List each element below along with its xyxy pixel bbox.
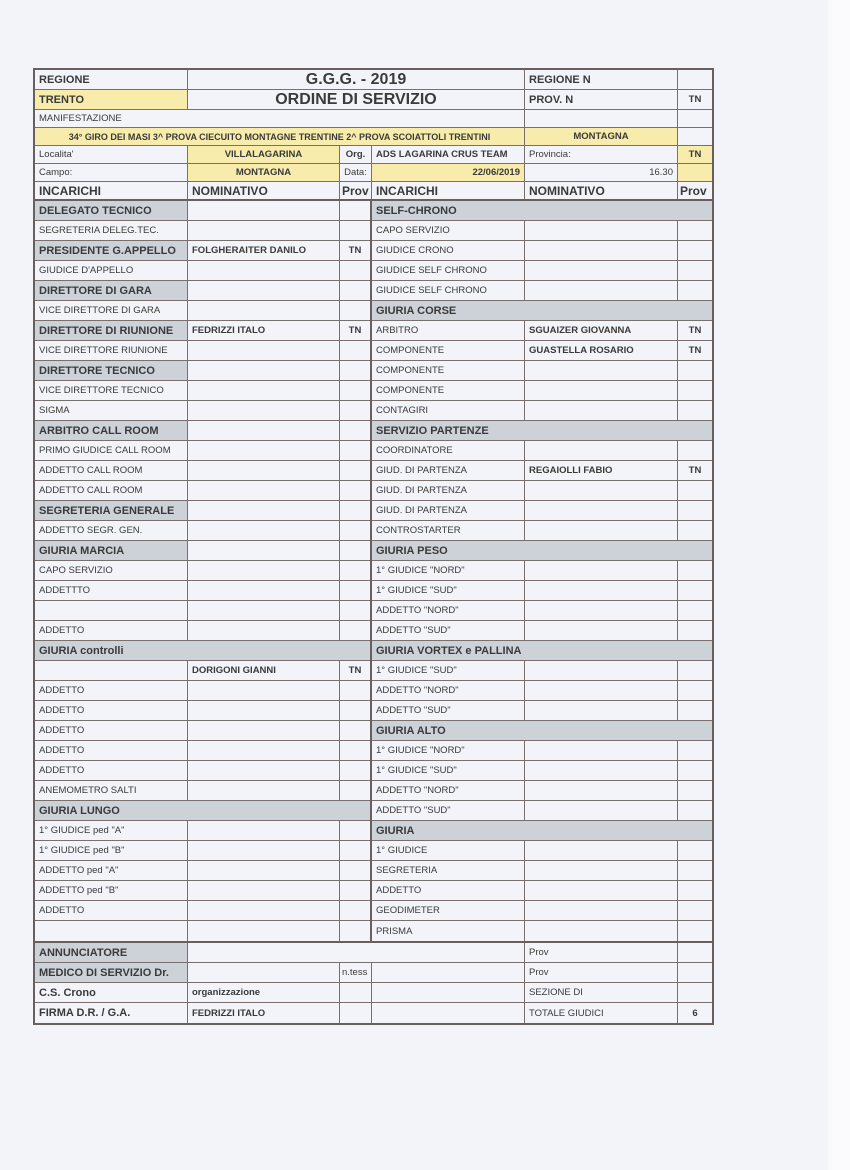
nominativo-cell[interactable]: SGUAIZER GIOVANNA bbox=[525, 321, 678, 340]
table-row: GIUD. DI PARTENZA bbox=[372, 481, 712, 501]
prov-cell[interactable] bbox=[340, 721, 370, 740]
cs-crono-label: C.S. Crono bbox=[35, 983, 188, 1002]
prov-cell[interactable] bbox=[678, 901, 712, 920]
nominativo-cell[interactable] bbox=[188, 781, 340, 800]
nominativo-cell[interactable] bbox=[188, 421, 340, 440]
prov-cell[interactable]: TN bbox=[340, 241, 370, 260]
role-label: GIUDICE SELF CHRONO bbox=[372, 261, 525, 280]
role-label: 1° GIUDICE ped "A" bbox=[35, 821, 188, 840]
nominativo-cell[interactable] bbox=[525, 281, 678, 300]
table-row: COMPONENTE bbox=[372, 381, 712, 401]
prov-cell[interactable] bbox=[678, 441, 712, 460]
nominativo-cell[interactable] bbox=[188, 681, 340, 700]
nominativo-cell[interactable] bbox=[188, 261, 340, 280]
table-row: VICE DIRETTORE TECNICO bbox=[35, 381, 370, 401]
nominativo-cell[interactable] bbox=[188, 601, 340, 620]
prov-cell[interactable] bbox=[678, 741, 712, 760]
nominativo-cell[interactable] bbox=[525, 921, 678, 941]
prov-cell[interactable] bbox=[340, 381, 370, 400]
prov-cell[interactable] bbox=[340, 361, 370, 380]
table-row: GEODIMETER bbox=[372, 901, 712, 921]
totale-giudici-value[interactable]: 6 bbox=[678, 1003, 712, 1023]
prov-cell[interactable] bbox=[678, 221, 712, 240]
event-title: G.G.G. - 2019 bbox=[188, 70, 525, 89]
localita-label: Localita' bbox=[35, 146, 188, 163]
role-label: CAPO SERVIZIO bbox=[35, 561, 188, 580]
section-header-row: DELEGATO TECNICO bbox=[35, 201, 370, 221]
section-header-row: SEGRETERIA GENERALE bbox=[35, 501, 370, 521]
section-label: SELF-CHRONO bbox=[372, 201, 712, 220]
table-row: ADDETTO "NORD" bbox=[372, 781, 712, 801]
section-header-row: ARBITRO CALL ROOM bbox=[35, 421, 370, 441]
table-row: CAPO SERVIZIO bbox=[35, 561, 370, 581]
prov-cell[interactable] bbox=[340, 261, 370, 280]
prov-cell[interactable] bbox=[678, 501, 712, 520]
nominativo-cell[interactable] bbox=[188, 301, 340, 320]
nominativo-cell[interactable] bbox=[188, 761, 340, 780]
table-row: 1° GIUDICE "SUD" bbox=[372, 661, 712, 681]
nominativo-cell[interactable] bbox=[188, 901, 340, 920]
prov-cell[interactable] bbox=[340, 701, 370, 720]
section-header-row: DIRETTORE DI GARA bbox=[35, 281, 370, 301]
firma-row: FIRMA D.R. / G.A. FEDRIZZI ITALO TOTALE … bbox=[35, 1003, 712, 1023]
prov-cell[interactable]: TN bbox=[678, 321, 712, 340]
role-label: 1° GIUDICE "NORD" bbox=[372, 741, 525, 760]
nominativo-cell[interactable] bbox=[188, 481, 340, 500]
nominativo-cell[interactable] bbox=[525, 901, 678, 920]
section-header-row: GIURIA MARCIA bbox=[35, 541, 370, 561]
table-row: ADDETTO bbox=[35, 621, 370, 641]
nominativo-cell[interactable] bbox=[525, 801, 678, 820]
col-nominativo-left: NOMINATIVO bbox=[188, 182, 340, 199]
role-label: ADDETTO bbox=[35, 721, 188, 740]
table-row: 1° GIUDICE "NORD" bbox=[372, 561, 712, 581]
section-label: DIRETTORE DI RIUNIONE bbox=[35, 321, 188, 340]
prov-cell[interactable] bbox=[678, 381, 712, 400]
role-label: ADDETTO "NORD" bbox=[372, 601, 525, 620]
cs-crono-value[interactable]: organizzazione bbox=[188, 983, 340, 1002]
nominativo-cell[interactable]: DORIGONI GIANNI bbox=[188, 661, 340, 680]
prov-cell[interactable] bbox=[678, 601, 712, 620]
table-row: ADDETTO bbox=[35, 741, 370, 761]
table-row: VICE DIRETTORE DI GARA bbox=[35, 301, 370, 321]
role-label: ADDETTO bbox=[35, 621, 188, 640]
nominativo-cell[interactable] bbox=[525, 381, 678, 400]
nominativo-cell[interactable] bbox=[525, 601, 678, 620]
table-row: ADDETTO "NORD" bbox=[372, 681, 712, 701]
prov-cell[interactable] bbox=[678, 521, 712, 540]
nominativo-cell[interactable] bbox=[525, 501, 678, 520]
prov-cell[interactable] bbox=[340, 781, 370, 800]
table-row: ANEMOMETRO SALTI bbox=[35, 781, 370, 801]
role-label: ARBITRO bbox=[372, 321, 525, 340]
role-label: SIGMA bbox=[35, 401, 188, 420]
col-incarichi-left: INCARICHI bbox=[35, 182, 188, 199]
role-label: ADDETTO bbox=[35, 741, 188, 760]
table-row: 1° GIUDICE ped "B" bbox=[35, 841, 370, 861]
service-order-form: REGIONE G.G.G. - 2019 REGIONE N TRENTO O… bbox=[33, 68, 714, 1025]
prov-cell[interactable] bbox=[678, 621, 712, 640]
role-label bbox=[35, 661, 188, 680]
nominativo-cell[interactable] bbox=[188, 881, 340, 900]
nominativo-cell[interactable] bbox=[188, 341, 340, 360]
localita-value[interactable]: VILLALAGARINA bbox=[188, 146, 340, 163]
prov-cell[interactable] bbox=[340, 901, 370, 920]
role-label: CONTROSTARTER bbox=[372, 521, 525, 540]
section-header-row: GIURIA bbox=[372, 821, 712, 841]
nominativo-cell[interactable] bbox=[525, 661, 678, 680]
prov-cell[interactable] bbox=[340, 481, 370, 500]
prov-cell[interactable] bbox=[340, 581, 370, 600]
col-nominativo-right: NOMINATIVO bbox=[525, 182, 678, 199]
role-label: ADDETTO ped "A" bbox=[35, 861, 188, 880]
data-label: Data: bbox=[340, 164, 372, 181]
table-row: CAPO SERVIZIO bbox=[372, 221, 712, 241]
regione-n-label: REGIONE N bbox=[525, 70, 678, 89]
medico-row: MEDICO DI SERVIZIO Dr. n.tess Prov bbox=[35, 963, 712, 983]
role-label: ADDETTO bbox=[35, 761, 188, 780]
section-header-row: GIURIA VORTEX e PALLINA bbox=[372, 641, 712, 661]
prov-cell[interactable] bbox=[678, 841, 712, 860]
nominativo-cell[interactable] bbox=[188, 821, 340, 840]
table-row: 1° GIUDICE bbox=[372, 841, 712, 861]
table-row: ADDETTO ped "B" bbox=[35, 881, 370, 901]
nominativo-cell[interactable] bbox=[525, 561, 678, 580]
table-row: GIUDICE CRONO bbox=[372, 241, 712, 261]
totale-giudici-label: TOTALE GIUDICI bbox=[525, 1003, 678, 1023]
nominativo-cell[interactable] bbox=[525, 481, 678, 500]
firma-value[interactable]: FEDRIZZI ITALO bbox=[188, 1003, 340, 1023]
nominativo-cell[interactable] bbox=[188, 621, 340, 640]
role-label: GEODIMETER bbox=[372, 901, 525, 920]
nominativo-cell[interactable] bbox=[188, 521, 340, 540]
table-row: GIUD. DI PARTENZAREGAIOLLI FABIOTN bbox=[372, 461, 712, 481]
provincia-value[interactable]: TN bbox=[678, 146, 712, 163]
section-header-row: GIURIA LUNGO bbox=[35, 801, 370, 821]
table-row: COMPONENTE bbox=[372, 361, 712, 381]
prov-cell[interactable] bbox=[340, 501, 370, 520]
campo-row: Campo: MONTAGNA Data: 22/06/2019 16.30 bbox=[35, 164, 712, 182]
role-label: ADDETTO "SUD" bbox=[372, 801, 525, 820]
prov-cell[interactable] bbox=[678, 781, 712, 800]
nominativo-cell[interactable] bbox=[525, 701, 678, 720]
table-row: ARBITROSGUAIZER GIOVANNATN bbox=[372, 321, 712, 341]
nominativo-cell[interactable] bbox=[525, 841, 678, 860]
prov-cell[interactable] bbox=[678, 681, 712, 700]
regione-n-value[interactable] bbox=[678, 70, 712, 89]
prov-cell[interactable] bbox=[340, 601, 370, 620]
section-label: GIURIA ALTO bbox=[372, 721, 712, 740]
page-edge bbox=[828, 0, 850, 1170]
nominativo-cell[interactable] bbox=[188, 581, 340, 600]
role-label: ADDETTO "NORD" bbox=[372, 681, 525, 700]
nominativo-cell[interactable] bbox=[188, 501, 340, 520]
nominativo-cell[interactable]: FEDRIZZI ITALO bbox=[188, 321, 340, 340]
org-label: Org. bbox=[340, 146, 372, 163]
header-row-2: TRENTO ORDINE DI SERVIZIO PROV. N TN bbox=[35, 90, 712, 110]
nominativo-cell[interactable] bbox=[525, 441, 678, 460]
section-label: ARBITRO CALL ROOM bbox=[35, 421, 188, 440]
prov-cell[interactable] bbox=[678, 281, 712, 300]
role-label: COMPONENTE bbox=[372, 361, 525, 380]
role-label: GIUD. DI PARTENZA bbox=[372, 481, 525, 500]
date-value[interactable]: 22/06/2019 bbox=[372, 164, 525, 181]
prov-cell[interactable] bbox=[678, 701, 712, 720]
nominativo-cell[interactable] bbox=[525, 861, 678, 880]
nominativo-cell[interactable] bbox=[525, 221, 678, 240]
table-row: DORIGONI GIANNITN bbox=[35, 661, 370, 681]
manifestazione-row: 34° GIRO DEI MASI 3^ PROVA CIECUITO MONT… bbox=[35, 128, 712, 146]
prov-cell[interactable]: TN bbox=[678, 461, 712, 480]
prov-cell[interactable] bbox=[678, 481, 712, 500]
prov-cell[interactable] bbox=[340, 541, 370, 560]
prov-cell[interactable] bbox=[340, 341, 370, 360]
role-label: SEGRETERIA DELEG.TEC. bbox=[35, 221, 188, 240]
table-row: COMPONENTEGUASTELLA ROSARIOTN bbox=[372, 341, 712, 361]
role-label: CAPO SERVIZIO bbox=[372, 221, 525, 240]
role-label: COMPONENTE bbox=[372, 341, 525, 360]
role-label: 1° GIUDICE bbox=[372, 841, 525, 860]
nominativo-cell[interactable] bbox=[525, 581, 678, 600]
prov-cell[interactable] bbox=[340, 521, 370, 540]
table-row: ADDETTTO bbox=[35, 581, 370, 601]
cs-crono-row: C.S. Crono organizzazione SEZIONE DI bbox=[35, 983, 712, 1003]
role-label bbox=[35, 921, 188, 941]
nominativo-cell[interactable] bbox=[525, 401, 678, 420]
nominativo-cell[interactable] bbox=[525, 781, 678, 800]
table-row bbox=[35, 921, 370, 941]
table-row: 1° GIUDICE ped "A" bbox=[35, 821, 370, 841]
nominativo-cell[interactable] bbox=[188, 741, 340, 760]
table-row: CONTAGIRI bbox=[372, 401, 712, 421]
section-label: GIURIA MARCIA bbox=[35, 541, 188, 560]
prov-cell[interactable] bbox=[678, 561, 712, 580]
table-row: ADDETTO ped "A" bbox=[35, 861, 370, 881]
regione-value[interactable]: TRENTO bbox=[35, 90, 188, 109]
footer: ANNUNCIATORE Prov MEDICO DI SERVIZIO Dr.… bbox=[35, 941, 712, 1023]
prov-cell[interactable] bbox=[340, 221, 370, 240]
medico-label: MEDICO DI SERVIZIO Dr. bbox=[35, 963, 188, 982]
role-label: 1° GIUDICE "SUD" bbox=[372, 661, 525, 680]
firma-label: FIRMA D.R. / G.A. bbox=[35, 1003, 188, 1023]
role-label: VICE DIRETTORE DI GARA bbox=[35, 301, 188, 320]
sezione-di-label: SEZIONE DI bbox=[525, 983, 678, 1002]
prov-cell[interactable] bbox=[340, 301, 370, 320]
prov-cell[interactable] bbox=[678, 581, 712, 600]
table-row: GIUD. DI PARTENZA bbox=[372, 501, 712, 521]
table-row bbox=[35, 601, 370, 621]
annunciatore-row: ANNUNCIATORE Prov bbox=[35, 943, 712, 963]
nominativo-cell[interactable] bbox=[188, 361, 340, 380]
prov-cell[interactable]: TN bbox=[340, 321, 370, 340]
nominativo-cell[interactable] bbox=[525, 361, 678, 380]
role-label: ADDETTO bbox=[35, 701, 188, 720]
prov-cell[interactable] bbox=[340, 741, 370, 760]
table-row: ADDETTO bbox=[35, 721, 370, 741]
prov-cell[interactable] bbox=[678, 241, 712, 260]
prov-n-value[interactable]: TN bbox=[678, 90, 712, 109]
medico-value[interactable] bbox=[188, 963, 340, 982]
nominativo-cell[interactable] bbox=[188, 381, 340, 400]
col-incarichi-right: INCARICHI bbox=[372, 182, 525, 199]
nominativo-cell[interactable]: REGAIOLLI FABIO bbox=[525, 461, 678, 480]
prov-cell[interactable] bbox=[340, 861, 370, 880]
section-header-row: GIURIA ALTO bbox=[372, 721, 712, 741]
assignments-body: DELEGATO TECNICOSEGRETERIA DELEG.TEC.PRE… bbox=[35, 201, 712, 941]
prov-cell[interactable] bbox=[340, 681, 370, 700]
localita-row: Localita' VILLALAGARINA Org. ADS LAGARIN… bbox=[35, 146, 712, 164]
nominativo-cell[interactable] bbox=[188, 441, 340, 460]
left-assignments: DELEGATO TECNICOSEGRETERIA DELEG.TEC.PRE… bbox=[35, 201, 372, 941]
col-prov-left: Prov bbox=[340, 182, 372, 199]
role-label bbox=[35, 601, 188, 620]
nominativo-cell[interactable] bbox=[525, 681, 678, 700]
prov-cell[interactable] bbox=[340, 401, 370, 420]
table-row: ADDETTO bbox=[35, 701, 370, 721]
section-label: GIURIA LUNGO bbox=[35, 801, 370, 820]
nominativo-cell[interactable] bbox=[188, 201, 340, 220]
prov-cell[interactable] bbox=[340, 761, 370, 780]
table-row: PRIMO GIUDICE CALL ROOM bbox=[35, 441, 370, 461]
annunciatore-value[interactable] bbox=[188, 943, 525, 962]
prov-cell[interactable] bbox=[678, 881, 712, 900]
table-row: SIGMA bbox=[35, 401, 370, 421]
prov-cell[interactable]: TN bbox=[678, 341, 712, 360]
role-label: ADDETTO "NORD" bbox=[372, 781, 525, 800]
role-label: GIUDICE D'APPELLO bbox=[35, 261, 188, 280]
column-header-row: INCARICHI NOMINATIVO Prov INCARICHI NOMI… bbox=[35, 182, 712, 201]
nominativo-cell[interactable] bbox=[525, 761, 678, 780]
col-prov-right: Prov bbox=[678, 182, 712, 199]
prov-cell[interactable] bbox=[678, 661, 712, 680]
table-row: SEGRETERIA bbox=[372, 861, 712, 881]
manifestazione-type[interactable]: MONTAGNA bbox=[525, 128, 678, 145]
prov-cell[interactable] bbox=[340, 281, 370, 300]
prov-cell[interactable] bbox=[340, 621, 370, 640]
role-label: VICE DIRETTORE TECNICO bbox=[35, 381, 188, 400]
prov-cell[interactable] bbox=[340, 421, 370, 440]
prov-cell[interactable] bbox=[678, 921, 712, 941]
section-label: SERVIZIO PARTENZE bbox=[372, 421, 712, 440]
nominativo-cell[interactable] bbox=[525, 521, 678, 540]
role-label: GIUD. DI PARTENZA bbox=[372, 501, 525, 520]
nominativo-cell[interactable] bbox=[188, 281, 340, 300]
nominativo-cell[interactable] bbox=[525, 241, 678, 260]
nominativo-cell[interactable] bbox=[188, 841, 340, 860]
campo-value[interactable]: MONTAGNA bbox=[188, 164, 340, 181]
nominativo-cell[interactable] bbox=[525, 881, 678, 900]
section-label: GIURIA PESO bbox=[372, 541, 712, 560]
manifestazione-label: MANIFESTAZIONE bbox=[35, 110, 525, 127]
prov-cell[interactable] bbox=[340, 461, 370, 480]
section-header-row: DIRETTORE TECNICO bbox=[35, 361, 370, 381]
table-row: 1° GIUDICE "SUD" bbox=[372, 581, 712, 601]
nominativo-cell[interactable]: FOLGHERAITER DANILO bbox=[188, 241, 340, 260]
campo-label: Campo: bbox=[35, 164, 188, 181]
prov-cell[interactable] bbox=[678, 401, 712, 420]
prov-cell[interactable] bbox=[678, 761, 712, 780]
section-header-row: PRESIDENTE G.APPELLOFOLGHERAITER DANILOT… bbox=[35, 241, 370, 261]
role-label: ADDETTTO bbox=[35, 581, 188, 600]
nominativo-cell[interactable] bbox=[188, 721, 340, 740]
role-label: COORDINATORE bbox=[372, 441, 525, 460]
table-row: ADDETTO "SUD" bbox=[372, 701, 712, 721]
nominativo-cell[interactable] bbox=[188, 561, 340, 580]
role-label: 1° GIUDICE "SUD" bbox=[372, 761, 525, 780]
prov-cell[interactable] bbox=[340, 841, 370, 860]
section-header-row: SELF-CHRONO bbox=[372, 201, 712, 221]
prov-cell[interactable] bbox=[340, 881, 370, 900]
prov-cell[interactable] bbox=[340, 201, 370, 220]
section-label: DELEGATO TECNICO bbox=[35, 201, 188, 220]
n-tess-label: n.tess bbox=[340, 963, 372, 982]
table-row: ADDETTO bbox=[372, 881, 712, 901]
section-label: GIURIA VORTEX e PALLINA bbox=[372, 641, 712, 660]
section-label: DIRETTORE DI GARA bbox=[35, 281, 188, 300]
prov-cell[interactable]: TN bbox=[340, 661, 370, 680]
table-row: ADDETTO CALL ROOM bbox=[35, 481, 370, 501]
prov-cell[interactable] bbox=[340, 441, 370, 460]
table-row: GIUDICE SELF CHRONO bbox=[372, 281, 712, 301]
nominativo-cell[interactable] bbox=[525, 261, 678, 280]
prov-cell[interactable] bbox=[340, 561, 370, 580]
section-header-row: GIURIA controlli bbox=[35, 641, 370, 661]
nominativo-cell[interactable] bbox=[525, 741, 678, 760]
org-value[interactable]: ADS LAGARINA CRUS TEAM bbox=[372, 146, 525, 163]
nominativo-cell[interactable] bbox=[525, 621, 678, 640]
prov-cell[interactable] bbox=[340, 921, 370, 941]
prov-cell[interactable] bbox=[340, 821, 370, 840]
nominativo-cell[interactable] bbox=[188, 541, 340, 560]
prov-cell[interactable] bbox=[678, 361, 712, 380]
annunciatore-prov-label: Prov bbox=[525, 943, 678, 962]
table-row: ADDETTO bbox=[35, 901, 370, 921]
nominativo-cell[interactable] bbox=[188, 701, 340, 720]
prov-cell[interactable] bbox=[678, 261, 712, 280]
role-label: ADDETTO bbox=[372, 881, 525, 900]
regione-label: REGIONE bbox=[35, 70, 188, 89]
table-row: PRISMA bbox=[372, 921, 712, 941]
role-label: ADDETTO "SUD" bbox=[372, 621, 525, 640]
role-label: VICE DIRETTORE RIUNIONE bbox=[35, 341, 188, 360]
time-value[interactable]: 16.30 bbox=[525, 164, 678, 181]
table-row: GIUDICE D'APPELLO bbox=[35, 261, 370, 281]
nominativo-cell[interactable] bbox=[188, 221, 340, 240]
role-label: 1° GIUDICE "SUD" bbox=[372, 581, 525, 600]
table-row: ADDETTO bbox=[35, 681, 370, 701]
nominativo-cell[interactable] bbox=[188, 861, 340, 880]
role-label: PRIMO GIUDICE CALL ROOM bbox=[35, 441, 188, 460]
role-label: COMPONENTE bbox=[372, 381, 525, 400]
role-label: ANEMOMETRO SALTI bbox=[35, 781, 188, 800]
section-header-row: GIURIA CORSE bbox=[372, 301, 712, 321]
role-label: CONTAGIRI bbox=[372, 401, 525, 420]
prov-n-label: PROV. N bbox=[525, 90, 678, 109]
nominativo-cell[interactable] bbox=[188, 401, 340, 420]
manifestazione-value[interactable]: 34° GIRO DEI MASI 3^ PROVA CIECUITO MONT… bbox=[35, 128, 525, 145]
role-label: ADDETTO SEGR. GEN. bbox=[35, 521, 188, 540]
nominativo-cell[interactable]: GUASTELLA ROSARIO bbox=[525, 341, 678, 360]
prov-cell[interactable] bbox=[678, 801, 712, 820]
manifestazione-label-row: MANIFESTAZIONE bbox=[35, 110, 712, 128]
table-row: VICE DIRETTORE RIUNIONE bbox=[35, 341, 370, 361]
nominativo-cell[interactable] bbox=[188, 921, 340, 941]
nominativo-cell[interactable] bbox=[188, 461, 340, 480]
table-row: 1° GIUDICE "SUD" bbox=[372, 761, 712, 781]
header-row-1: REGIONE G.G.G. - 2019 REGIONE N bbox=[35, 70, 712, 90]
prov-cell[interactable] bbox=[678, 861, 712, 880]
table-row: 1° GIUDICE "NORD" bbox=[372, 741, 712, 761]
